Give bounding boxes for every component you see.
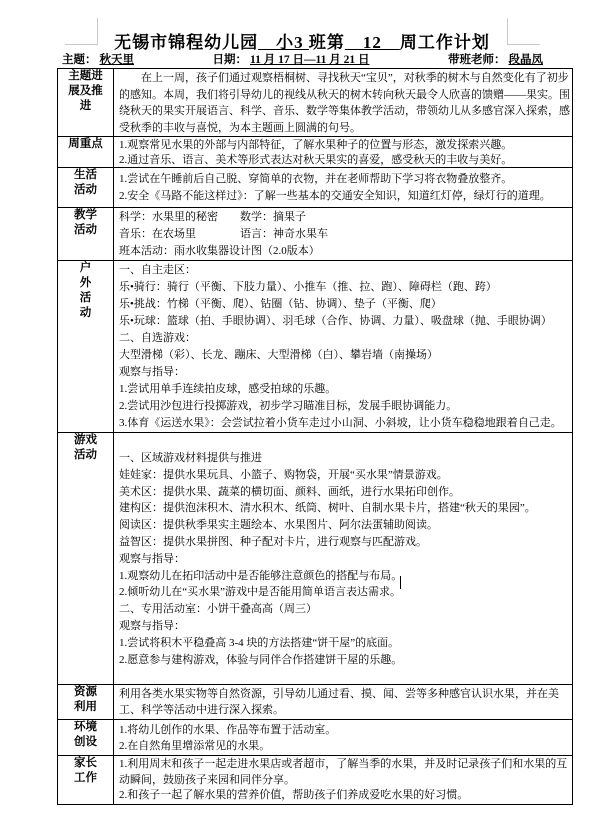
text-line: 2.在自然角里增添常见的水果。 xyxy=(119,738,570,754)
row-parent-work: 家长工作 1.利用周末和孩子一起走进水果店或者超市，了解当季的水果，并及时记录孩… xyxy=(58,756,573,805)
row-resource-use: 资源利用 利用各类水果实物等自然资源，引导幼儿通过看、摸、闻、尝等多种感官认识水… xyxy=(58,685,573,720)
row-environment-setup: 环境创设 1.将幼儿创作的水果、作品等布置于活动室。2.在自然角里增添常见的水果… xyxy=(58,720,573,756)
row-label: 主题进展及推进 xyxy=(58,69,114,137)
title-class-blank: 小3 xyxy=(258,33,309,52)
meta-line: 主题：秋天里 日期：11 月 17 日—11 月 21 日 带班老师：段晶凤 xyxy=(62,51,546,67)
text-line: 大型滑梯（彩）、长龙、蹦床、大型滑梯（白）、攀岩墙（南操场） xyxy=(119,347,570,364)
text-line: 1.将幼儿创作的水果、作品等布置于活动室。 xyxy=(119,722,570,738)
page-title: 无锡市锦程幼儿园 小3 班第 12 周工作计划 xyxy=(0,28,604,53)
meta-teacher: 带班老师：段晶凤 xyxy=(448,51,546,67)
row-content: 1.利用周末和孩子一起走进水果店或者超市，了解当季的水果，并及时记录孩子们和水果… xyxy=(114,756,573,805)
meta-theme: 主题：秋天里 xyxy=(62,51,137,67)
text-line: 一、区域游戏材料提供与推进 xyxy=(119,450,570,467)
row-content: 1.尝试在午睡前后自己脱、穿简单的衣物，并在老师帮助下学习将衣物叠放整齐。2.安… xyxy=(114,168,573,208)
text-line: 2.通过音乐、语言、美术等形式表达对秋天果实的喜爱，感受秋天的丰收与美好。 xyxy=(119,153,570,168)
date-label: 日期： xyxy=(213,54,248,66)
row-content: 一、区域游戏材料提供与推进娃娃家：提供水果玩具、小篮子、购物袋，开展“买水果”情… xyxy=(114,433,573,685)
text-line: 在上一周，孩子们通过观察梧桐树、寻找秋天“宝贝”，对秋季的树木与自然变化有了初步… xyxy=(119,70,570,136)
text-line: 1.观察幼儿在拓印活动中是否能够注意颜色的搭配与布局。 xyxy=(119,568,570,585)
row-label: 环境创设 xyxy=(58,720,114,756)
text-line: 乐•玩球：篮球（拍、手眼协调）、羽毛球（合作、协调、力量）、吸盘球（抛、手眼协调… xyxy=(119,313,570,330)
text-line: 乐•挑战：竹梯（平衡、爬）、钻圈（钻、协调）、垫子（平衡、爬） xyxy=(119,296,570,313)
row-content: 一、自主走区：乐•骑行：骑行（平衡、下肢力量）、小推车（推、拉、跑）、障碍栏（跑… xyxy=(114,261,573,433)
row-game-activities: 游戏活动 一、区域游戏材料提供与推进娃娃家：提供水果玩具、小篮子、购物袋，开展“… xyxy=(58,433,573,685)
title-text: 班第 xyxy=(309,33,345,52)
teacher-value: 段晶凤 xyxy=(505,54,546,66)
row-content: 1.观察常见水果的外部与内部特征，了解水果种子的位置与形态，激发探索兴趣。2.通… xyxy=(114,137,573,168)
text-line: 观察与指导： xyxy=(119,551,570,568)
weekly-plan-table: 主题进展及推进 在上一周，孩子们通过观察梧桐树、寻找秋天“宝贝”，对秋季的树木与… xyxy=(57,68,573,805)
text-line: 2.安全《马路不能这样过》：了解一些基本的交通安全知识，知道红灯停，绿灯行的道理… xyxy=(119,188,570,205)
row-content: 利用各类水果实物等自然资源，引导幼儿通过看、摸、闻、尝等多种感官认识水果，并在美… xyxy=(114,685,573,720)
row-teaching-activities: 教学活动 科学：水果里的秘密 数学：摘果子音乐：在农场里 语言：神奇水果车班本活… xyxy=(58,208,573,261)
row-content: 1.将幼儿创作的水果、作品等布置于活动室。2.在自然角里增添常见的水果。 xyxy=(114,720,573,756)
text-line: 益智区：提供水果拼图、种子配对卡片，进行观察与匹配游戏。 xyxy=(119,534,570,551)
row-label: 周重点 xyxy=(58,137,114,168)
text-line: 1.利用周末和孩子一起走进水果店或者超市，了解当季的水果，并及时记录孩子们和水果… xyxy=(119,757,570,788)
row-outdoor-activities: 户外活动 一、自主走区：乐•骑行：骑行（平衡、下肢力量）、小推车（推、拉、跑）、… xyxy=(58,261,573,433)
row-content: 科学：水果里的秘密 数学：摘果子音乐：在农场里 语言：神奇水果车班本活动：雨水收… xyxy=(114,208,573,261)
text-line: 美术区：提供水果、蔬菜的横切面、颜料、画纸，进行水果拓印创作。 xyxy=(119,484,570,501)
text-line: 观察与指导： xyxy=(119,618,570,635)
text-line: 娃娃家：提供水果玩具、小篮子、购物袋，开展“买水果”情景游戏。 xyxy=(119,467,570,484)
row-label: 户外活动 xyxy=(58,261,114,433)
row-theme-progress: 主题进展及推进 在上一周，孩子们通过观察梧桐树、寻找秋天“宝贝”，对秋季的树木与… xyxy=(58,69,573,137)
text-line: 音乐：在农场里 语言：神奇水果车 xyxy=(119,226,570,243)
row-label: 家长工作 xyxy=(58,756,114,805)
text-line: 科学：水果里的秘密 数学：摘果子 xyxy=(119,209,570,226)
text-line: 二、自选游戏： xyxy=(119,330,570,347)
theme-value: 秋天里 xyxy=(97,54,138,66)
text-line: 1.观察常见水果的外部与内部特征，了解水果种子的位置与形态，激发探索兴趣。 xyxy=(119,138,570,153)
text-line: 2.倾听幼儿在“买水果”游戏中是否能用简单语言表达需求。 xyxy=(119,584,570,601)
text-line: 2.尝试用沙包进行投掷游戏，初步学习瞄准目标，发展手眼协调能力。 xyxy=(119,398,570,415)
text-line: 观察与指导： xyxy=(119,364,570,381)
row-label: 游戏活动 xyxy=(58,433,114,685)
text-line: 3.体育《运送水果》：会尝试拉着小货车走过小山洞、小斜坡，让小货车稳稳地跟着自己… xyxy=(119,415,570,432)
teacher-label: 带班老师： xyxy=(448,54,506,66)
text-line: 二、专用活动室：小饼干叠高高（周三） xyxy=(119,601,570,618)
title-text: 周工作计划 xyxy=(400,33,490,52)
row-label: 教学活动 xyxy=(58,208,114,261)
text-line: 2.愿意参与建构游戏，体验与同伴合作搭建饼干屋的乐趣。 xyxy=(119,652,570,669)
text-line: 1.尝试在午睡前后自己脱、穿简单的衣物，并在老师帮助下学习将衣物叠放整齐。 xyxy=(119,171,570,188)
row-content: 在上一周，孩子们通过观察梧桐树、寻找秋天“宝贝”，对秋季的树木与自然变化有了初步… xyxy=(114,69,573,137)
text-line: 1.尝试用单手连续拍皮球，感受拍球的乐趣。 xyxy=(119,381,570,398)
text-line: 班本活动：雨水收集器设计图（2.0版本） xyxy=(119,243,570,260)
title-text: 无锡市锦程幼儿园 xyxy=(114,33,258,52)
text-cursor xyxy=(400,576,401,589)
text-line: 一、自主走区： xyxy=(119,262,570,279)
date-value: 11 月 17 日—11 月 21 日 xyxy=(247,54,372,66)
title-week-blank: 12 xyxy=(345,33,400,52)
text-line: 阅读区：提供秋季果实主题绘本、水果图片、阿尔法蛋辅助阅读。 xyxy=(119,517,570,534)
row-week-focus: 周重点 1.观察常见水果的外部与内部特征，了解水果种子的位置与形态，激发探索兴趣… xyxy=(58,137,573,168)
text-line: 2.和孩子一起了解水果的营养价值，帮助孩子们养成爱吃水果的好习惯。 xyxy=(119,788,570,804)
meta-date: 日期：11 月 17 日—11 月 21 日 xyxy=(213,51,373,67)
document-page: 无锡市锦程幼儿园 小3 班第 12 周工作计划 主题：秋天里 日期：11 月 1… xyxy=(0,0,604,834)
text-line: 建构区：提供泡沫积木、清水积木、纸筒、树叶、自制水果卡片，搭建“秋天的果园”。 xyxy=(119,500,570,517)
row-label: 资源利用 xyxy=(58,685,114,720)
theme-label: 主题： xyxy=(62,54,97,66)
text-line: 利用各类水果实物等自然资源，引导幼儿通过看、摸、闻、尝等多种感官认识水果，并在美… xyxy=(119,686,570,718)
text-line: 乐•骑行：骑行（平衡、下肢力量）、小推车（推、拉、跑）、障碍栏（跑、跨） xyxy=(119,279,570,296)
row-label: 生活活动 xyxy=(58,168,114,208)
row-life-activities: 生活活动 1.尝试在午睡前后自己脱、穿简单的衣物，并在老师帮助下学习将衣物叠放整… xyxy=(58,168,573,208)
text-line: 1.尝试将积木平稳叠高 3-4 块的方法搭建“饼干屋”的底面。 xyxy=(119,635,570,652)
